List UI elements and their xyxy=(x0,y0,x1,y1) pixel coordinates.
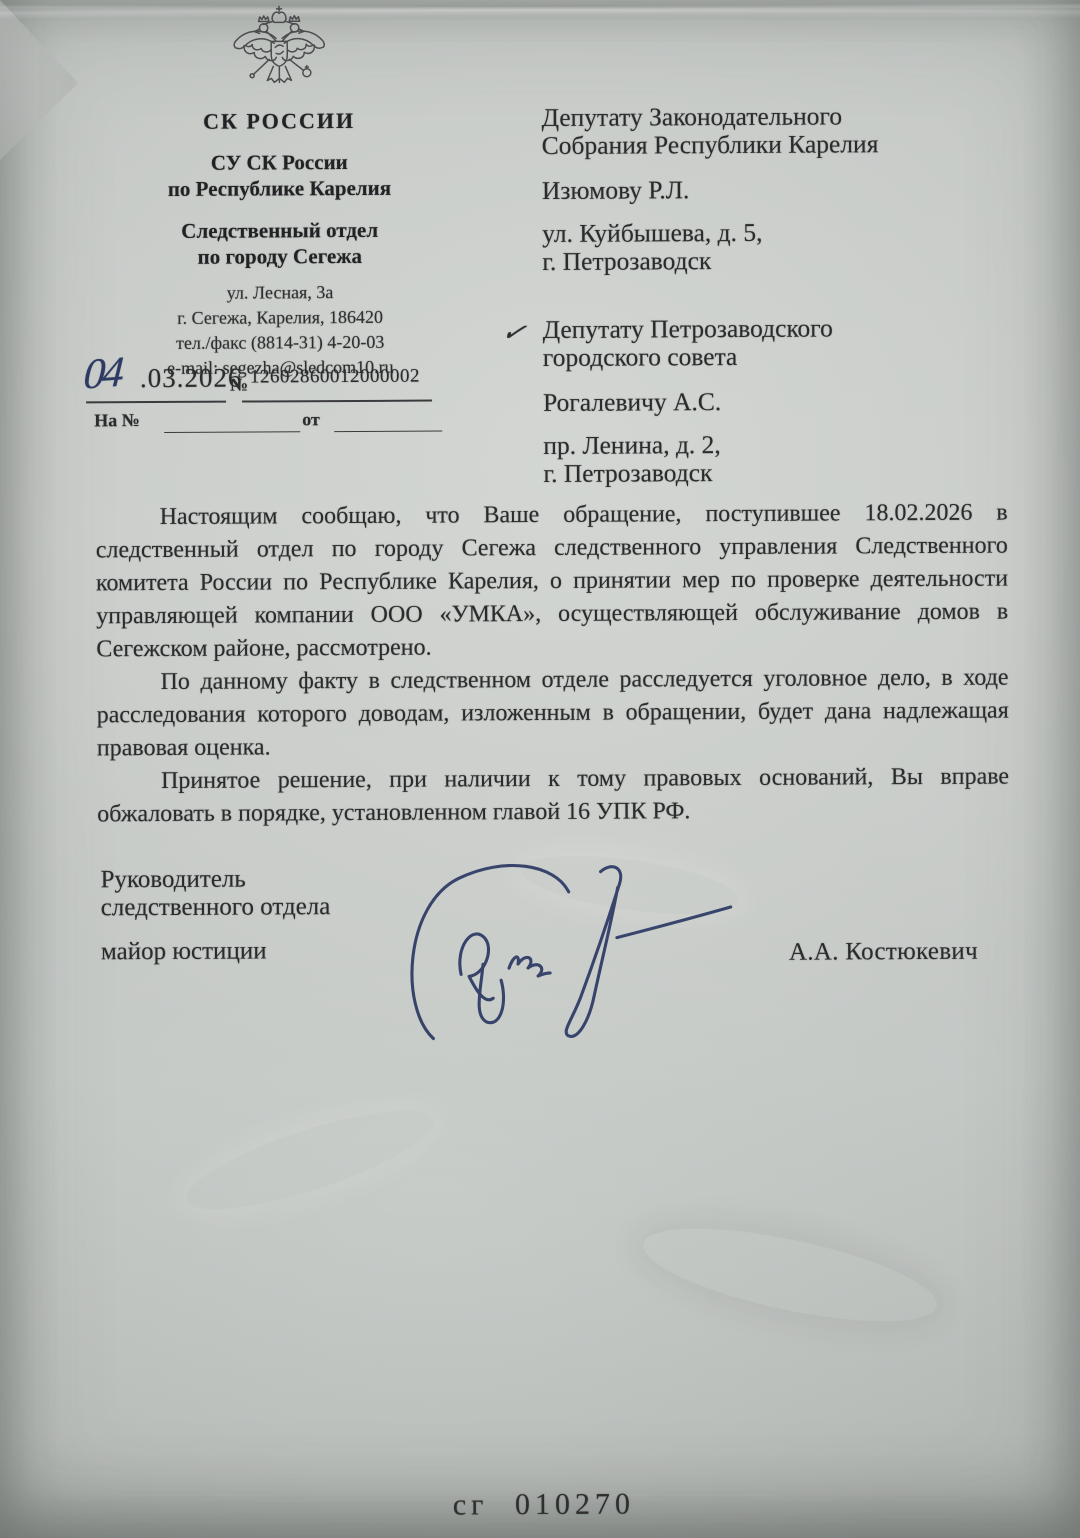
date-number-row: 04 .03.2026 № 12602860012000002 xyxy=(78,353,483,409)
scanned-letter-photo: СК РОССИИ СУ СК России по Республике Кар… xyxy=(0,0,1080,1538)
letter-body: Настоящим сообщаю, что Ваше обращение, п… xyxy=(96,497,1010,832)
org-department-line2: по городу Сегежа xyxy=(77,242,482,270)
signer-position-line1: Руководитель xyxy=(101,865,331,894)
coat-of-arms-eagle-icon xyxy=(226,4,330,99)
recipient-title-line1: Депутату Петрозаводского xyxy=(543,314,1013,344)
recipient-address: ул. Куйбышева, д. 5, г. Петрозаводск xyxy=(542,218,1012,276)
letterhead: СК РОССИИ СУ СК России по Республике Кар… xyxy=(76,0,483,381)
number-underline xyxy=(242,400,432,403)
recipient-name: Изюмову Р.Л. xyxy=(542,175,1012,205)
org-department: Следственный отдел по городу Сегежа xyxy=(77,216,482,270)
recipient-title-line1: Депутату Законодательного xyxy=(542,102,1012,132)
signer-position-line2: следственного отдела xyxy=(101,893,331,922)
recipient-address-line1: ул. Куйбышева, д. 5, xyxy=(542,218,1012,248)
recipient-title: Депутату Петрозаводского городского сове… xyxy=(543,314,1013,372)
outgoing-number: 12602860012000002 xyxy=(250,366,420,389)
signer-rank: майор юстиции xyxy=(101,937,267,966)
org-address-phone: тел./факс (8814-31) 4-20-03 xyxy=(78,329,483,356)
body-paragraph-2: По данному факту в следственном отделе р… xyxy=(96,662,1009,766)
signer-position: Руководитель следственного отдела xyxy=(101,865,331,922)
body-paragraph-1: Настоящим сообщаю, что Ваше обращение, п… xyxy=(96,497,1009,667)
org-division-line1: СУ СК России xyxy=(77,148,482,176)
handwritten-day: 04 xyxy=(82,348,122,400)
recipient-title-line2: Собрания Республики Карелия xyxy=(542,130,1012,160)
recipient-address: пр. Ленина, д. 2, г. Петрозаводск xyxy=(543,430,1013,488)
recipient-address-line2: г. Петрозаводск xyxy=(542,246,1012,276)
recipient-izyumov: Депутату Законодательного Собрания Респу… xyxy=(542,102,1013,276)
body-paragraph-3: Принятое решение, при наличии к тому пра… xyxy=(97,761,1009,832)
org-name: СК РОССИИ xyxy=(77,107,482,135)
number-sign: № xyxy=(230,375,248,396)
ref-number-blank xyxy=(164,431,300,433)
org-division: СУ СК России по Республике Карелия xyxy=(77,148,482,202)
recipient-address-line1: пр. Ленина, д. 2, xyxy=(543,430,1013,460)
recipient-title: Депутату Законодательного Собрания Респу… xyxy=(542,102,1012,160)
ref-na-label: На № xyxy=(94,410,140,431)
org-address-city: г. Сегежа, Карелия, 186420 xyxy=(78,304,483,331)
date-underline xyxy=(86,401,226,404)
recipient-name: Рогалевичу А.С. xyxy=(543,387,1013,417)
recipient-title-line2: городского совета xyxy=(543,342,1013,372)
pen-checkmark-icon: ✓ xyxy=(498,317,529,347)
recipient-address-line2: г. Петрозаводск xyxy=(543,458,1013,488)
handwritten-signature xyxy=(396,845,737,1057)
recipients-block: Депутату Законодательного Собрания Респу… xyxy=(542,102,1014,488)
typed-date: .03.2026 xyxy=(140,363,243,395)
reference-row: На № от xyxy=(78,406,483,440)
form-code: сг 010270 xyxy=(4,1485,1080,1525)
recipient-rogalevich: ✓ Депутату Петрозаводского городского со… xyxy=(543,314,1014,488)
ref-ot-label: от xyxy=(302,409,320,430)
ref-date-blank xyxy=(334,431,442,433)
org-division-line2: по Республике Карелия xyxy=(77,174,482,202)
org-address-street: ул. Лесная, 3а xyxy=(77,279,482,306)
org-department-line1: Следственный отдел xyxy=(77,216,482,244)
signer-name: А.А. Костюкевич xyxy=(789,938,978,967)
